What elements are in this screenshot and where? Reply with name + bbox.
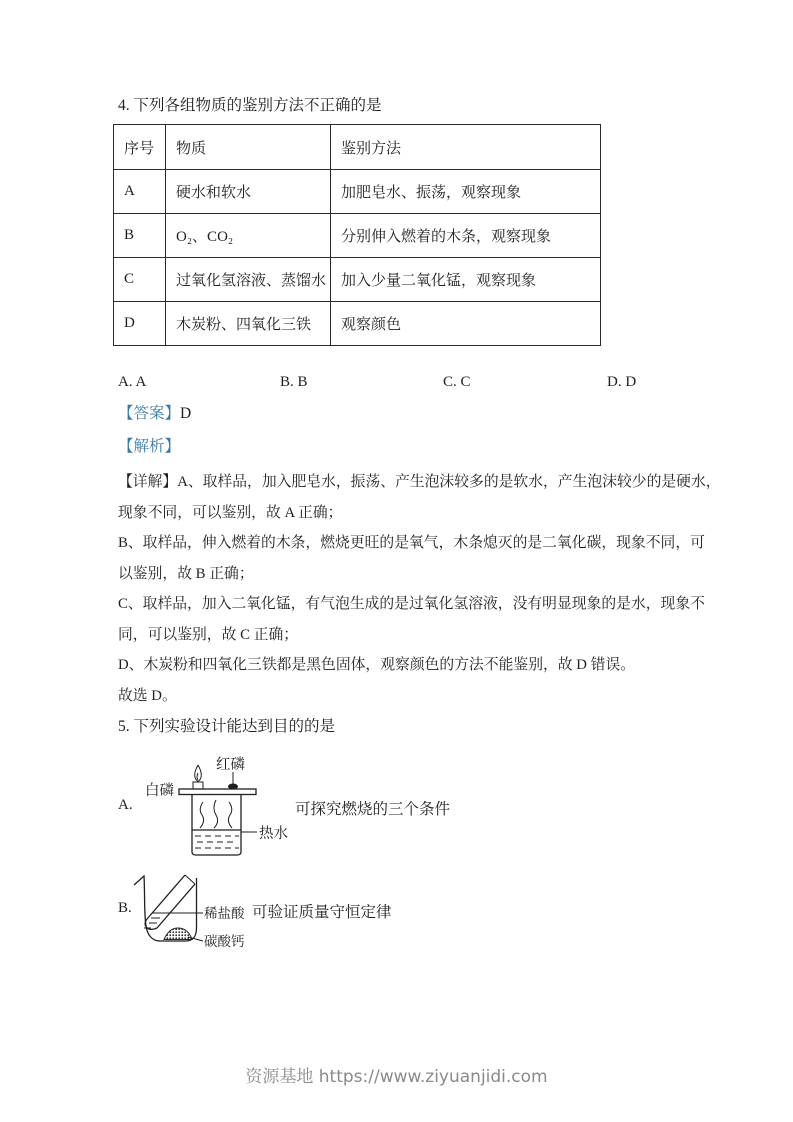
option-a: A. A	[118, 374, 146, 391]
answer-value: D	[180, 405, 191, 422]
cell-serial: C	[114, 258, 166, 302]
white-phosphorus-holder	[193, 782, 203, 789]
detail-line: 同，可以鉴别，故 C 正确；	[118, 620, 298, 651]
cover-plate	[179, 789, 256, 795]
header-cell-substance: 物质	[166, 125, 331, 170]
header-cell-serial: 序号	[114, 125, 166, 170]
water-dashes	[195, 836, 239, 848]
detail-line: D、木炭粉和四氧化三铁都是黑色固体，观察颜色的方法不能鉴别，故 D 错误。	[118, 650, 635, 681]
question5-title: 5. 下列实验设计能达到目的的是	[118, 714, 335, 736]
calcium-carbonate-label: 碳酸钙	[204, 934, 245, 949]
cell-serial: A	[114, 170, 166, 214]
cell-substance: 硬水和软水	[166, 170, 331, 214]
detail-line: B、取样品，伸入燃着的木条，燃烧更旺的是氧气，木条熄灭的是二氧化碳，现象不同，可	[118, 528, 705, 559]
header-cell-method: 鉴别方法	[331, 125, 601, 170]
exam-document-page: 4. 下列各组物质的鉴别方法不正确的是 序号 物质 鉴别方法 A 硬水和软水 加…	[0, 0, 793, 1122]
footer-site-link[interactable]: 资源基地 https://www.ziyuanjidi.com	[245, 1067, 547, 1087]
option-b: B. B	[280, 374, 308, 391]
cell-method: 分别伸入燃着的木条，观察现象	[331, 214, 601, 258]
cell-method: 加肥皂水、振荡，观察现象	[331, 170, 601, 214]
detail-line: 以鉴别，故 B 正确；	[118, 559, 254, 590]
hot-water-label: 热水	[259, 824, 288, 842]
option-d: D. D	[607, 374, 636, 391]
detail-line: 现象不同，可以鉴别，故 A 正确；	[118, 498, 342, 529]
test-tube-wall	[157, 884, 195, 928]
cell-substance: 过氧化氢溶液、蒸馏水	[166, 258, 331, 302]
cell-serial: D	[114, 302, 166, 346]
table-row: C 过氧化氢溶液、蒸馏水 加入少量二氧化锰，观察现象	[114, 258, 601, 302]
detail-line: C、取样品，加入二氧化锰，有气泡生成的是过氧化氢溶液，没有明显现象的是水，现象不	[118, 589, 705, 620]
flame-inner	[197, 773, 198, 780]
vapor-line	[214, 800, 218, 828]
dilute-hcl-label: 稀盐酸	[204, 905, 245, 921]
detail-line: 【详解】A、取样品，加入肥皂水，振荡、产生泡沫较多的是软水，产生泡沫较少的是硬水…	[118, 467, 721, 498]
option-c: C. C	[443, 374, 471, 391]
question4-title: 4. 下列各组物质的鉴别方法不正确的是	[118, 93, 382, 115]
combustion-experiment-diagram: 红磷 白磷 热水	[113, 752, 308, 872]
footer: 资源基地 https://www.ziyuanjidi.com	[0, 1062, 793, 1087]
cell-method: 加入少量二氧化锰，观察现象	[331, 258, 601, 302]
test-tube-mouth	[185, 875, 195, 884]
analysis-label: 【解析】	[118, 434, 180, 456]
table-row: D 木炭粉、四氧化三铁 观察颜色	[114, 302, 601, 346]
vapor-line	[200, 802, 204, 828]
mass-conservation-diagram: 稀盐酸 碳酸钙	[130, 871, 258, 963]
table-row: A 硬水和软水 加肥皂水、振荡，观察现象	[114, 170, 601, 214]
cell-serial: B	[114, 214, 166, 258]
white-phosphorus-label: 白磷	[145, 782, 174, 799]
answer-label: 【答案】	[118, 405, 180, 422]
vapor-line	[228, 802, 232, 828]
test-tube-wall	[147, 875, 185, 919]
table-header-row: 序号 物质 鉴别方法	[114, 125, 601, 170]
detail-line: 故选 D。	[118, 681, 177, 712]
cell-substance: 木炭粉、四氧化三铁	[166, 302, 331, 346]
red-phosphorus-label: 红磷	[216, 756, 245, 773]
answer-line: 【答案】D	[118, 401, 191, 423]
cell-method: 观察颜色	[331, 302, 601, 346]
option-a-caption: 可探究燃烧的三个条件	[295, 797, 450, 819]
identification-methods-table: 序号 物质 鉴别方法 A 硬水和软水 加肥皂水、振荡，观察现象 B O₂、CO₂…	[113, 124, 601, 346]
option-b-caption: 可验证质量守恒定律	[252, 900, 392, 922]
calcium-carbonate-pile	[164, 928, 192, 940]
cell-substance: O₂、CO₂	[166, 214, 331, 258]
table-row: B O₂、CO₂ 分别伸入燃着的木条，观察现象	[114, 214, 601, 258]
